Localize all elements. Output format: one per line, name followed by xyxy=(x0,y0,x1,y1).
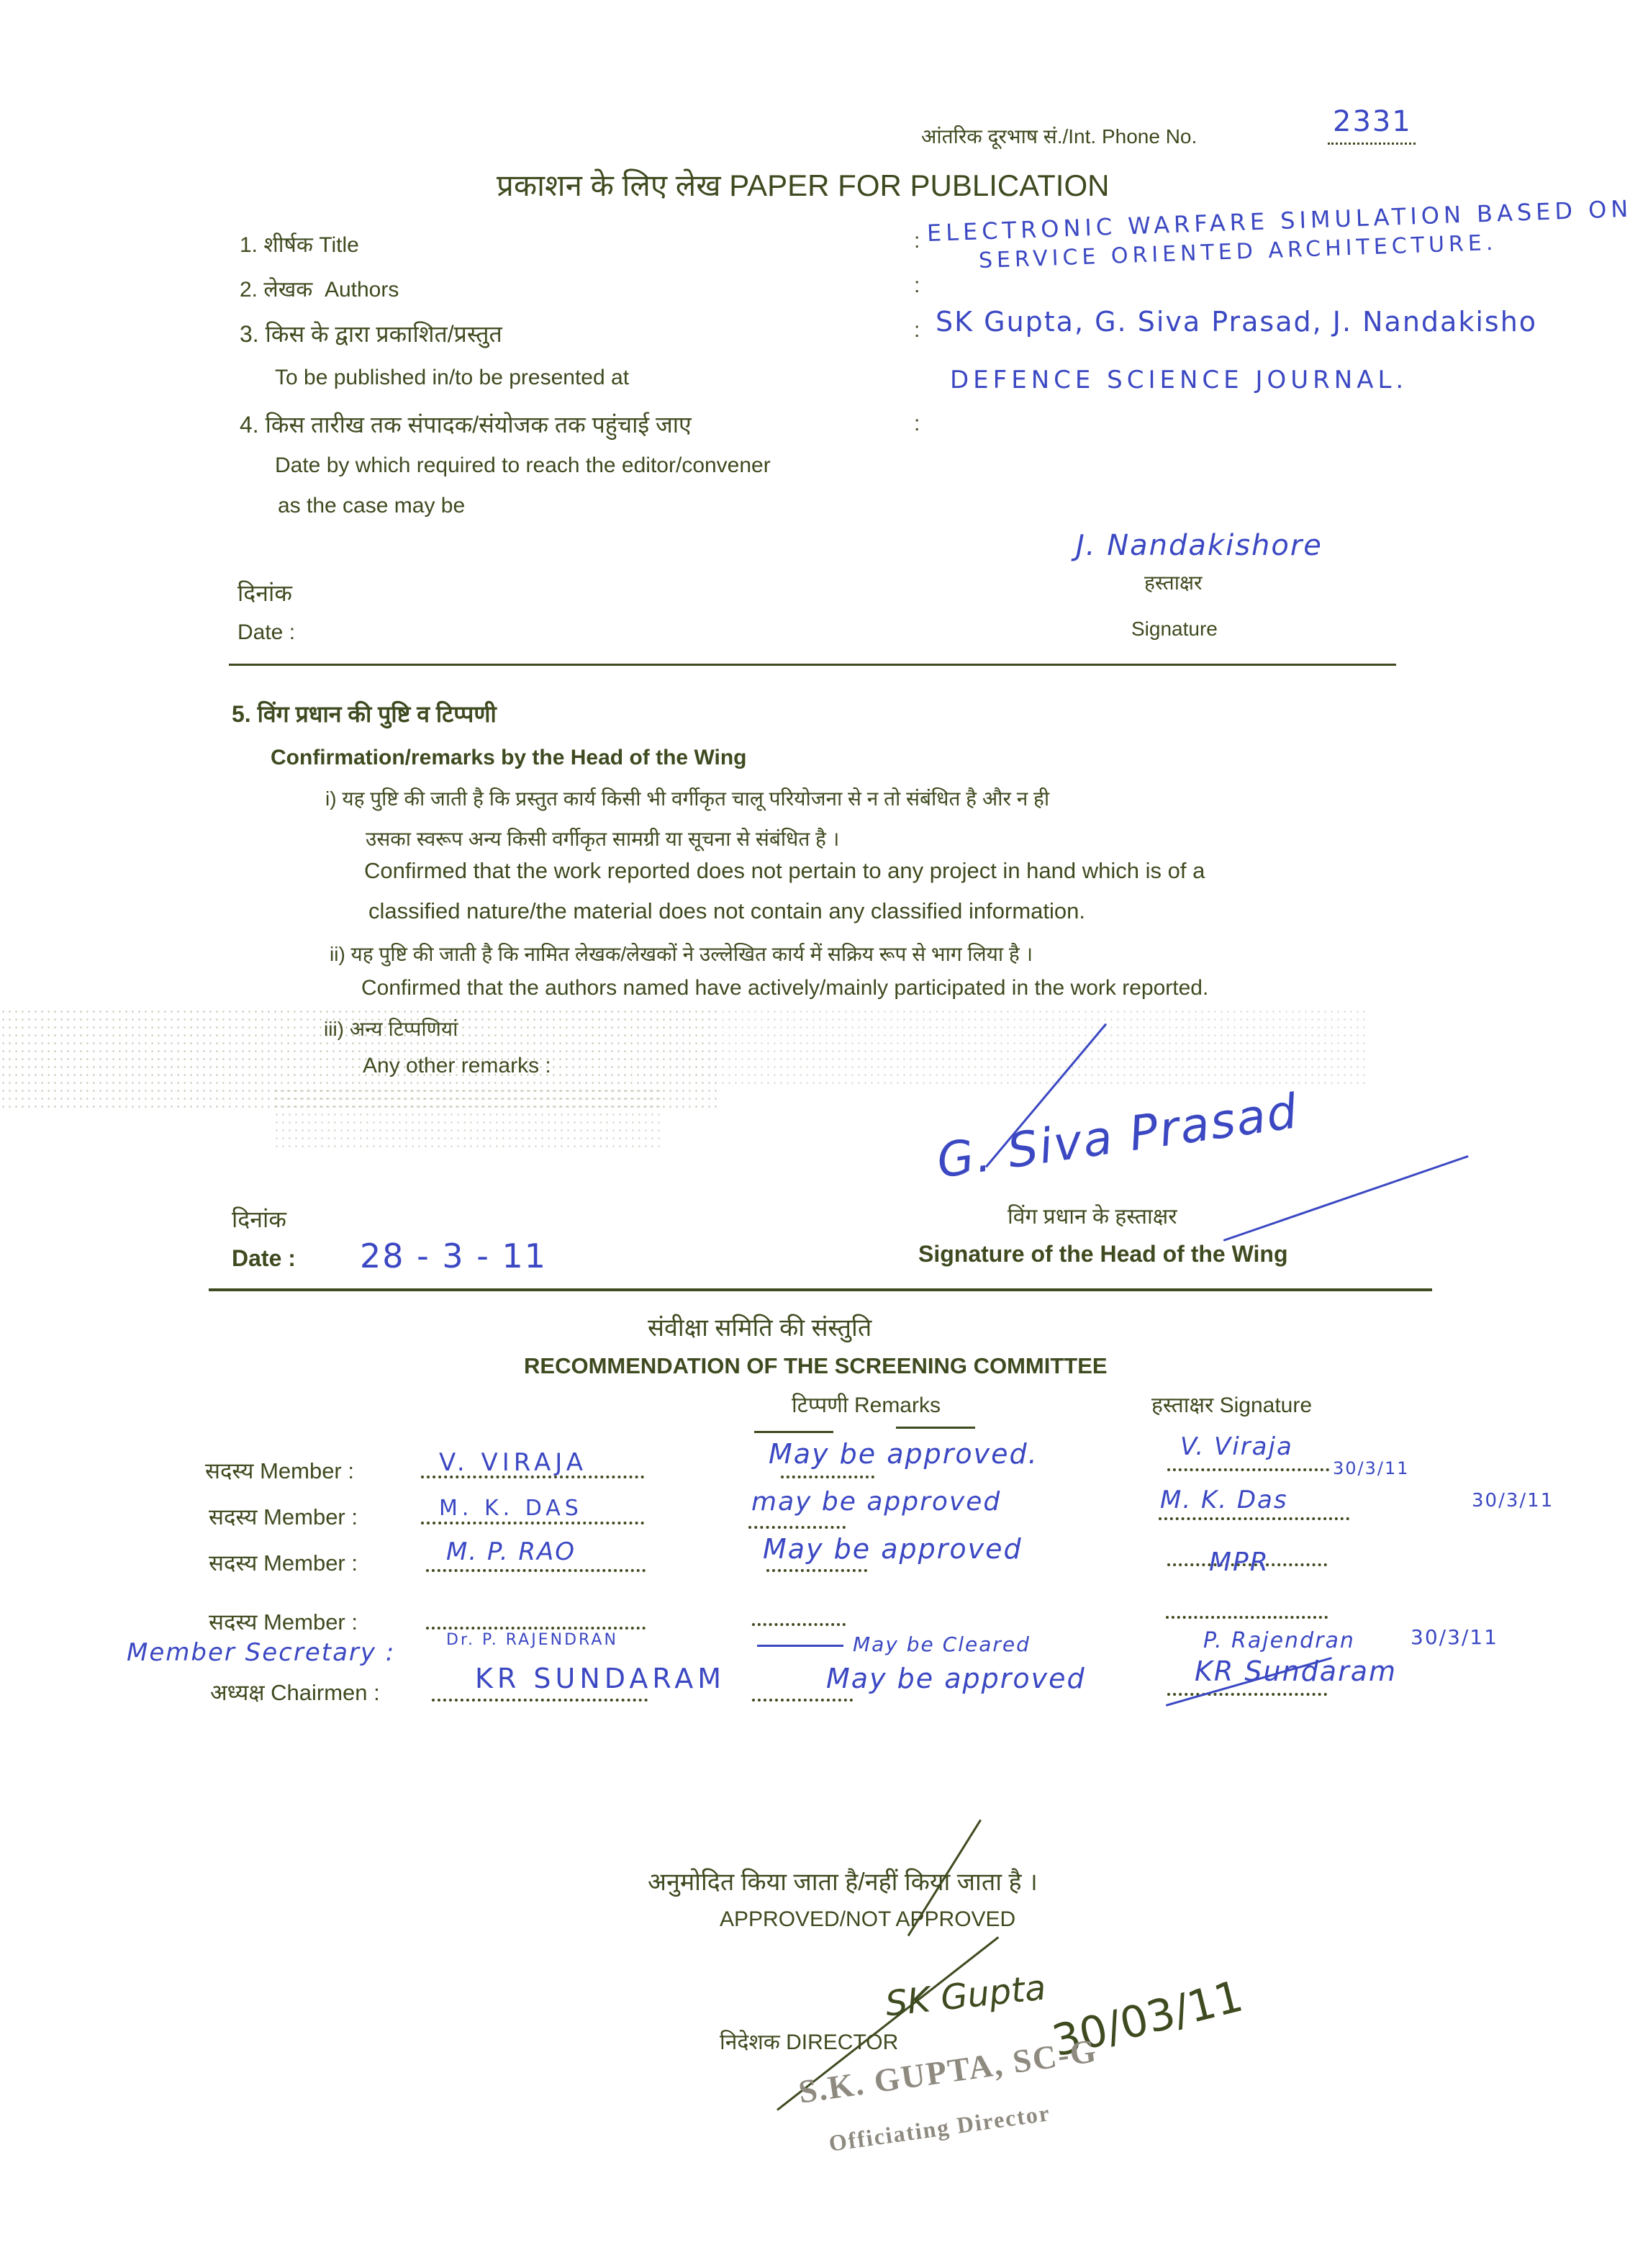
phone-number: 2331 xyxy=(1333,105,1412,138)
member-remark: May be approved. xyxy=(769,1438,1038,1470)
item-i-english-line1: Confirmed that the work reported does no… xyxy=(364,858,1205,884)
hod-signature-label-english: Signature of the Head of the Wing xyxy=(918,1241,1287,1268)
hod-date-value: 28 - 3 - 11 xyxy=(360,1237,547,1275)
member-label: सदस्य Member : xyxy=(209,1607,358,1637)
header-underline xyxy=(896,1427,975,1429)
member-name: V. VIRAJA xyxy=(439,1448,587,1477)
column-header-remarks: टिप्पणी Remarks xyxy=(792,1389,941,1419)
author-signature: J. Nandakishore xyxy=(1076,529,1323,562)
label-hindi: किस के द्वारा प्रकाशित/प्रस्तुत xyxy=(266,321,502,347)
member-signature: MPR xyxy=(1209,1548,1269,1577)
chairman-remark: May be approved xyxy=(826,1663,1086,1694)
colon: : xyxy=(914,318,920,343)
section5-title-english: Confirmation/remarks by the Head of the … xyxy=(271,746,746,770)
chairman-signature: KR Sundaram xyxy=(1195,1655,1397,1687)
field-publish-label-hindi: 3. किस के द्वारा प्रकाशित/प्रस्तुत xyxy=(240,318,502,349)
member-label: सदस्य Member : xyxy=(205,1455,354,1486)
label-hindi: लेखक xyxy=(263,278,312,302)
chairman-label: अध्यक्ष Chairmen : xyxy=(210,1677,380,1707)
item-number: i) xyxy=(325,787,337,810)
scan-noise xyxy=(273,1087,662,1152)
signature-line xyxy=(1167,1693,1327,1696)
author-date-label-english: Date : xyxy=(237,620,295,645)
name-line xyxy=(432,1699,648,1702)
director-label: निदेशक DIRECTOR xyxy=(720,2026,898,2056)
section5-title-hindi: 5. विंग प्रधान की पुष्टि व टिप्पणी xyxy=(232,698,497,729)
signature-line xyxy=(1167,1468,1329,1471)
approval-hindi: अनुमोदित किया जाता है/नहीं किया जाता है … xyxy=(648,1864,1038,1897)
phone-label: आंतरिक दूरभाष सं./Int. Phone No. xyxy=(921,122,1197,150)
item-i-hindi-line1: i) यह पुष्टि की जाती है कि प्रस्तुत कार्… xyxy=(325,785,1049,812)
field-title-label: 1. शीर्षक Title xyxy=(240,229,359,258)
field-authors-label: 2. लेखक Authors xyxy=(240,274,399,303)
item-number: ii) xyxy=(330,943,345,965)
struck-word xyxy=(757,1645,843,1647)
label-hindi: शीर्षक xyxy=(263,233,313,257)
signature-line xyxy=(1159,1517,1349,1520)
committee-title-english: RECOMMENDATION OF THE SCREENING COMMITTE… xyxy=(524,1353,1108,1379)
field-date-label-english-line2: as the case may be xyxy=(278,494,465,518)
head-of-wing-signature: G. Siva Prasad xyxy=(933,1083,1302,1189)
member-name: M. K. DAS xyxy=(439,1496,583,1521)
section-divider xyxy=(229,664,1396,666)
item-text: यह पुष्टि की जाती है कि प्रस्तुत कार्य क… xyxy=(342,787,1049,810)
hod-date-label-english: Date : xyxy=(232,1245,296,1272)
column-header-signature: हस्ताक्षर Signature xyxy=(1151,1389,1312,1419)
remark-line xyxy=(781,1476,874,1478)
chairman-name: KR SUNDARAM xyxy=(475,1663,725,1694)
field-number: 2. xyxy=(240,278,258,302)
field-publish-label-english: To be published in/to be presented at xyxy=(275,366,629,390)
member-secretary-signature: P. Rajendran xyxy=(1203,1628,1355,1653)
field-authors-value: SK Gupta, G. Siva Prasad, J. Nandakisho xyxy=(936,306,1537,338)
header-underline xyxy=(754,1431,833,1433)
member-secretary-label: Member Secretary : xyxy=(127,1638,395,1667)
member-label: सदस्य Member : xyxy=(209,1501,358,1532)
member-remark: May be approved xyxy=(763,1533,1023,1565)
hod-signature-label-hindi: विंग प्रधान के हस्ताक्षर xyxy=(1008,1201,1177,1230)
phone-number-line xyxy=(1328,143,1416,145)
member-label: सदस्य Member : xyxy=(209,1548,358,1578)
field-number: 1. xyxy=(240,233,258,257)
member-secretary-date: 30/3/11 xyxy=(1411,1625,1498,1649)
remark-line xyxy=(766,1569,867,1572)
author-signature-label-english: Signature xyxy=(1131,618,1218,641)
field-date-label-hindi: 4. किस तारीख तक संपादक/संयोजक तक पहुंचाई… xyxy=(240,409,692,440)
signature-line xyxy=(1166,1616,1328,1619)
name-line xyxy=(421,1522,644,1524)
member-signature: M. K. Das xyxy=(1160,1486,1288,1514)
committee-title-hindi: संवीक्षा समिति की संस्तुति xyxy=(648,1310,871,1343)
field-number: 4. xyxy=(240,412,259,438)
hod-date-label-hindi: दिनांक xyxy=(232,1203,286,1234)
member-sign-date: 30/3/11 xyxy=(1472,1490,1554,1512)
form-title: प्रकाशन के लिए लेख PAPER FOR PUBLICATION xyxy=(497,164,1109,205)
label-english: Title xyxy=(319,233,359,257)
section-divider xyxy=(209,1288,1432,1291)
signature-stroke xyxy=(1223,1155,1469,1242)
item-ii-hindi: ii) यह पुष्टि की जाती है कि नामित लेखक/ल… xyxy=(330,940,1033,967)
field-number: 3. xyxy=(240,321,259,347)
author-signature-label-hindi: हस्ताक्षर xyxy=(1144,569,1203,596)
author-date-label-hindi: दिनांक xyxy=(237,577,292,608)
director-signature: SK Gupta xyxy=(884,1967,1048,2024)
approval-english: APPROVED/NOT APPROVED xyxy=(720,1907,1015,1932)
remark-line xyxy=(752,1623,846,1626)
colon: : xyxy=(914,412,920,436)
remark-line xyxy=(748,1526,846,1529)
field-date-label-english-line1: Date by which required to reach the edit… xyxy=(275,453,771,478)
label-hindi: किस तारीख तक संपादक/संयोजक तक पहुंचाई जा… xyxy=(266,412,692,438)
member-sign-date: 30/3/11 xyxy=(1333,1458,1410,1478)
member-secretary-remark: May be Cleared xyxy=(853,1632,1031,1656)
item-i-hindi-line2: उसका स्वरूप अन्य किसी वर्गीकृत सामग्री य… xyxy=(366,825,839,852)
member-signature: V. Viraja xyxy=(1180,1432,1293,1461)
director-stamp-title: Officiating Director xyxy=(827,2100,1052,2157)
colon: : xyxy=(914,229,920,253)
remark-line xyxy=(752,1699,853,1702)
scan-noise xyxy=(720,1008,1367,1087)
name-line xyxy=(426,1569,646,1572)
member-name: M. P. RAO xyxy=(446,1537,576,1566)
label-english: Authors xyxy=(325,278,399,302)
item-ii-english: Confirmed that the authors named have ac… xyxy=(361,976,1208,1000)
colon: : xyxy=(914,274,920,298)
item-text: यह पुष्टि की जाती है कि नामित लेखक/लेखको… xyxy=(351,943,1033,965)
member-secretary-name: Dr. P. RAJENDRAN xyxy=(446,1631,618,1649)
item-i-english-line2: classified nature/the material does not … xyxy=(368,898,1085,924)
name-line xyxy=(426,1627,646,1630)
member-remark: may be approved xyxy=(751,1487,1001,1517)
field-publish-value: DEFENCE SCIENCE JOURNAL. xyxy=(950,366,1408,394)
